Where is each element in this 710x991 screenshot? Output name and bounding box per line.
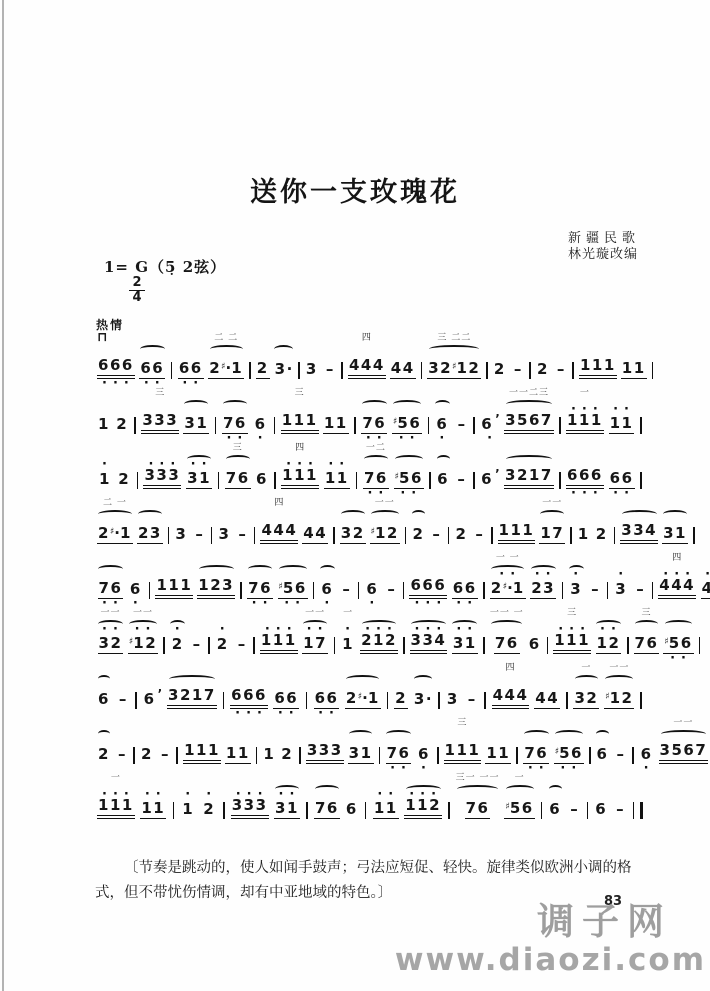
watermark-site-name: 调子网 (395, 903, 672, 941)
note-group: 76·· (361, 387, 388, 443)
note-group: 666··· (409, 552, 447, 608)
slur-icon (429, 345, 479, 353)
note-group: – (384, 552, 398, 608)
barline (222, 772, 226, 828)
note-group: – (429, 497, 443, 553)
note-group: 31 (348, 717, 374, 773)
slur-icon (457, 785, 497, 793)
attribution: 新疆民歌 林光璇改编 (568, 231, 640, 263)
barline (172, 772, 176, 828)
note-group: 76 (314, 772, 340, 828)
note-group: 11 (485, 717, 511, 773)
barline (561, 552, 565, 608)
barline (558, 387, 562, 443)
barline (569, 497, 573, 553)
barline (353, 387, 357, 443)
note-group: 111 (155, 552, 193, 608)
final-barline (632, 772, 643, 828)
note-group: 1 (262, 717, 276, 773)
slur-icon (506, 400, 552, 408)
barline (312, 552, 316, 608)
note-group: 111 (579, 332, 617, 388)
music-line: ·12···333··31三766四···111··11一二76··♯56··6… (95, 442, 645, 496)
note-group: ·1 (97, 442, 113, 498)
note-group: 3217 (167, 662, 217, 718)
slur-icon (622, 510, 657, 518)
breath-mark-icon: ’ (158, 689, 163, 699)
barline (210, 497, 214, 553)
note-group: 6’ (143, 662, 163, 718)
barline (305, 662, 309, 718)
slur-icon (187, 455, 212, 463)
song-title: 送你一支玫瑰花 (0, 170, 710, 209)
slur-icon (371, 510, 399, 518)
barline (639, 662, 643, 718)
note-group: 2 (140, 717, 154, 773)
note-group: 6· (416, 717, 432, 773)
slur-icon (341, 510, 365, 518)
barline (420, 332, 424, 388)
note-group: 6 (345, 772, 359, 828)
slur-icon (596, 620, 621, 628)
music-line: 二 一2♯·1233–3–四4444432一一♯122–2–111一一17123… (95, 497, 645, 551)
slur-icon (412, 510, 425, 518)
music-line: 6–6’3217666···66··66··2♯·123·3–四44444一32… (95, 662, 645, 716)
note-group: 6· (128, 552, 144, 608)
note-group: 四···444 (658, 552, 696, 608)
note-group: 一一二三3567 (504, 387, 554, 443)
note-group: 一32 (573, 662, 599, 718)
barline (631, 717, 635, 773)
slur-icon (275, 785, 300, 793)
note-group: 111 (498, 497, 536, 553)
barline (447, 497, 451, 553)
note-group: ··11 (323, 442, 350, 498)
slur-icon (663, 510, 687, 518)
note-group: 三111 (281, 387, 319, 443)
note-group: ··31 (186, 442, 213, 498)
note-group: ♯56·· (278, 552, 308, 608)
slur-icon (140, 345, 165, 353)
note-group: ··44 (700, 552, 710, 608)
note-group: 3 (174, 497, 188, 553)
slur-icon (98, 675, 111, 683)
note-group: – (339, 552, 353, 608)
barline (639, 387, 643, 443)
barline (378, 717, 382, 773)
breath-mark-icon: ’ (495, 469, 500, 479)
barline (297, 332, 301, 388)
note-group: 三···111 (553, 607, 591, 663)
slur-icon (210, 345, 243, 353)
note-group: – (323, 332, 337, 388)
slur-icon (98, 620, 123, 628)
note-group: 44 (390, 332, 416, 388)
note-group: 3 (446, 662, 460, 718)
slur-icon (98, 510, 131, 518)
key-signature: 1= G（5̣ 2弦） (104, 256, 226, 277)
page-left-edge-line (2, 0, 4, 991)
barline (162, 607, 166, 663)
barline (355, 442, 359, 498)
note-group: 44 (534, 662, 560, 718)
note-group: 6 (594, 772, 608, 828)
slur-icon (549, 785, 562, 793)
slur-icon (411, 620, 446, 628)
barline (586, 772, 590, 828)
time-signature-unit: 4 (129, 291, 145, 304)
note-group: 一♯56 (504, 772, 534, 828)
barline (136, 442, 140, 498)
note-group: – (588, 552, 602, 608)
note-group: 11 (225, 717, 251, 773)
slur-icon (491, 565, 524, 573)
note-group: 2 (394, 662, 408, 718)
note-group: 6 (596, 717, 610, 773)
note-group: 3· (413, 662, 433, 718)
slur-icon (129, 620, 157, 628)
note-group: 66·· (177, 332, 204, 388)
slur-icon (540, 510, 564, 518)
note-group: 三一 一一76 (456, 772, 500, 828)
note-group: 44 (302, 497, 328, 553)
music-line: 一···111··11·1·2···333··31766··11···112三一… (95, 772, 645, 826)
slur-icon (437, 455, 450, 463)
slur-icon (386, 730, 411, 738)
note-group: 一···111 (566, 387, 604, 443)
note-group: 76·· (385, 717, 412, 773)
barline (540, 772, 544, 828)
note-group: ·2 (201, 772, 217, 828)
note-group: ···212 (360, 607, 398, 663)
note-group: – (192, 497, 206, 553)
note-group: 2 (595, 497, 609, 553)
note-group: ··31 (274, 772, 301, 828)
note-group: 1 (97, 387, 111, 443)
barline (273, 442, 277, 498)
slur-icon (635, 620, 659, 628)
note-group: 11 (323, 387, 349, 443)
attribution-origin: 新疆民歌 (568, 231, 640, 247)
note-group: 333 (306, 717, 344, 773)
note-group: 3 (305, 332, 319, 388)
barline (447, 772, 451, 828)
note-group: 6· (319, 552, 335, 608)
barline (298, 717, 302, 773)
slur-icon (596, 730, 609, 738)
barline (132, 717, 136, 773)
slur-icon (184, 400, 208, 408)
note-group: – (158, 717, 172, 773)
note-group: – (454, 442, 468, 498)
slur-icon (395, 455, 423, 463)
slur-icon (98, 730, 111, 738)
attribution-arranger: 林光璇改编 (568, 247, 640, 263)
barline (485, 332, 489, 388)
note-group: 6 (528, 607, 542, 663)
note-group: 76·· (221, 387, 248, 443)
slur-icon (414, 675, 432, 683)
barline (490, 497, 494, 553)
barline (528, 332, 532, 388)
slur-icon (248, 565, 273, 573)
performance-note: 〔节奏是跳动的，使人如闻手鼓声；弓法应短促、轻快。旋律类似欧洲小调的格式，但不带… (95, 856, 648, 906)
barline (222, 662, 226, 718)
note-group: 一 一··2♯·1 (490, 552, 526, 608)
note-group: 2♯·1 (345, 662, 381, 718)
note-group: – (235, 607, 249, 663)
sheet-music-page: 送你一支玫瑰花 新疆民歌 林光璇改编 1= G（5̣ 2弦） 2 4 热情 ⊓6… (0, 0, 710, 991)
barline (340, 332, 344, 388)
barline (332, 497, 336, 553)
barline (214, 387, 218, 443)
note-group: 6 (255, 442, 269, 498)
slur-icon (555, 730, 583, 738)
note-group: 1 (577, 497, 591, 553)
note-group: 111 (183, 717, 221, 773)
note-group: 一一17 (539, 497, 565, 553)
note-group: 66·· (451, 552, 478, 608)
note-group: 四444 (260, 497, 298, 553)
slur-icon (575, 675, 599, 683)
note-group: 66·· (608, 442, 635, 498)
barline (692, 497, 696, 553)
slur-icon (274, 345, 292, 353)
barline (364, 772, 368, 828)
note-group: 四444 (348, 332, 386, 388)
note-group: 3 (217, 497, 231, 553)
note-group: 一一♯12 (370, 497, 400, 553)
slur-icon (569, 565, 584, 573)
note-group: 一·1 (340, 607, 356, 663)
note-group: 一···111 (97, 772, 135, 828)
note-group: 2 (115, 387, 129, 443)
note-group: – (455, 387, 469, 443)
note-group: 6’· (480, 387, 500, 443)
note-group: 6 (548, 772, 562, 828)
barline (515, 717, 519, 773)
breath-mark-icon: ’ (495, 414, 500, 424)
note-group: ·2 (170, 607, 186, 663)
note-group: – (613, 717, 627, 773)
barline (253, 497, 257, 553)
barline (148, 552, 152, 608)
slur-icon (364, 455, 389, 463)
note-group: ···112 (404, 772, 442, 828)
note-group: – (511, 332, 525, 388)
note-group: 三76 (225, 442, 251, 498)
slur-icon (406, 785, 441, 793)
music-line: 一一··32一一··♯12·2–·2–···111一一··17一·1···212… (95, 607, 645, 661)
note-group: 66·· (139, 332, 166, 388)
time-signature: 2 4 (129, 277, 145, 304)
note-group: ·1 (180, 772, 196, 828)
note-group: 一一 一76 (490, 607, 524, 663)
barline (626, 607, 630, 663)
slur-icon (435, 400, 450, 408)
note-group: 32 (340, 497, 366, 553)
slur-icon (605, 675, 633, 683)
slur-icon (362, 620, 397, 628)
watermark: 调子网 www.diaozi.com (395, 903, 706, 979)
barline (170, 332, 174, 388)
barline (558, 442, 562, 498)
note-group: – (613, 772, 627, 828)
barline (651, 552, 655, 608)
note-group: 666··· (566, 442, 604, 498)
slur-icon (531, 565, 556, 573)
note-group: – (115, 717, 129, 773)
notation-area: ⊓666···66··66··二 二2♯·123·3–四44444三 二二32♯… (95, 332, 645, 827)
slur-icon (524, 730, 549, 738)
note-group: – (116, 662, 130, 718)
note-group: 三76 (634, 607, 660, 663)
note-group: 一一3567 (659, 717, 709, 773)
note-group: 二 二2♯·1 (208, 332, 244, 388)
slur-icon (199, 565, 234, 573)
note-group: 一一··♯12 (128, 607, 158, 663)
barline (588, 717, 592, 773)
note-group: – (235, 497, 249, 553)
note-group: ♯56·· (394, 442, 424, 498)
barline (305, 772, 309, 828)
note-group: ···333 (143, 442, 181, 498)
note-group: 66·· (313, 662, 340, 718)
slur-icon (362, 400, 387, 408)
note-group: 一二76·· (362, 442, 389, 498)
note-group: 一一··17 (302, 607, 329, 663)
note-group: 一一♯12 (604, 662, 634, 718)
note-group: 2 (454, 497, 468, 553)
note-group: 二 一2♯·1 (97, 497, 133, 553)
barline (427, 387, 431, 443)
slur-icon (506, 455, 552, 463)
barline (639, 442, 643, 498)
slur-icon (98, 565, 123, 573)
slur-icon (393, 400, 421, 408)
note-group: 三 二二32♯12 (427, 332, 481, 388)
note-group: ♯56·· (663, 607, 693, 663)
barline (248, 332, 252, 388)
note-group: 一一··32 (97, 607, 124, 663)
slur-icon (170, 620, 185, 628)
barline (175, 717, 179, 773)
slur-icon (506, 785, 534, 793)
note-group: 123 (197, 552, 235, 608)
note-group: ··12 (595, 607, 622, 663)
note-group: 6 (97, 662, 111, 718)
note-group: 2 (411, 497, 425, 553)
time-signature-beats: 2 (129, 277, 145, 291)
note-group: ··31 (451, 607, 478, 663)
note-group: 6· (639, 717, 655, 773)
note-group: ·2 (215, 607, 231, 663)
slur-icon (665, 620, 693, 628)
note-group: ···333 (231, 772, 269, 828)
barline (386, 662, 390, 718)
barline (472, 387, 476, 443)
barline (482, 552, 486, 608)
barline (565, 662, 569, 718)
barline (546, 607, 550, 663)
note-group: 666··· (230, 662, 268, 718)
note-group: 23 (137, 497, 163, 553)
barline (698, 607, 702, 663)
barline (333, 607, 337, 663)
note-group: 3· (274, 332, 294, 388)
music-line: 76··6·11112376··♯56··6·–6·–666···66··一 一… (95, 552, 645, 606)
barline (651, 332, 655, 388)
barline (482, 607, 486, 663)
music-line: 2–2–11111123333176··6·三1111176··♯56··6–6… (95, 717, 645, 771)
note-group: ··23 (530, 552, 557, 608)
note-group: – (567, 772, 581, 828)
note-group: 三333 (141, 387, 179, 443)
note-group: – (554, 332, 568, 388)
note-group: 2 (280, 717, 294, 773)
slur-icon (138, 510, 162, 518)
note-group: 76·· (247, 552, 274, 608)
slur-icon (661, 730, 707, 738)
barline (134, 662, 138, 718)
slur-icon (226, 455, 250, 463)
note-group: ··11 (372, 772, 399, 828)
barline (428, 442, 432, 498)
barline (402, 552, 406, 608)
note-group: ·3 (613, 552, 629, 608)
note-group: ⊓666··· (97, 332, 135, 388)
barline (472, 442, 476, 498)
slur-icon (315, 785, 339, 793)
note-group: 2 (256, 332, 270, 388)
slur-icon (452, 620, 477, 628)
note-group: 2 (493, 332, 507, 388)
barline (273, 387, 277, 443)
note-group: ♯56·· (554, 717, 584, 773)
note-group: 66·· (273, 662, 300, 718)
note-group: 2 (97, 717, 111, 773)
note-group: 76·· (97, 552, 124, 608)
note-group: ···334 (410, 607, 448, 663)
barline (239, 552, 243, 608)
barline (437, 662, 441, 718)
slur-icon (303, 620, 328, 628)
slur-icon (320, 565, 335, 573)
watermark-site-url: www.diaozi.com (395, 941, 706, 979)
note-group: 334 (620, 497, 658, 553)
note-group: ···111 (260, 607, 298, 663)
note-group: 三111 (444, 717, 482, 773)
barline (357, 552, 361, 608)
note-group: – (472, 497, 486, 553)
barline (167, 497, 171, 553)
note-group: ♯56·· (392, 387, 422, 443)
note-group: 31 (183, 387, 209, 443)
note-group: 6· (364, 552, 380, 608)
slur-icon (279, 565, 307, 573)
note-group: – (465, 662, 479, 718)
music-line: ⊓666···66··66··二 二2♯·123·3–四44444三 二二32♯… (95, 332, 645, 386)
barline (252, 607, 256, 663)
note-group: 11 (621, 332, 647, 388)
barline (255, 717, 259, 773)
slur-icon (346, 675, 379, 683)
note-group: – (633, 552, 647, 608)
music-line: 12三3333176··6·三1111176··♯56··6·–6’·一一二三3… (95, 387, 645, 441)
barline (402, 607, 406, 663)
barline (217, 442, 221, 498)
barline (571, 332, 575, 388)
